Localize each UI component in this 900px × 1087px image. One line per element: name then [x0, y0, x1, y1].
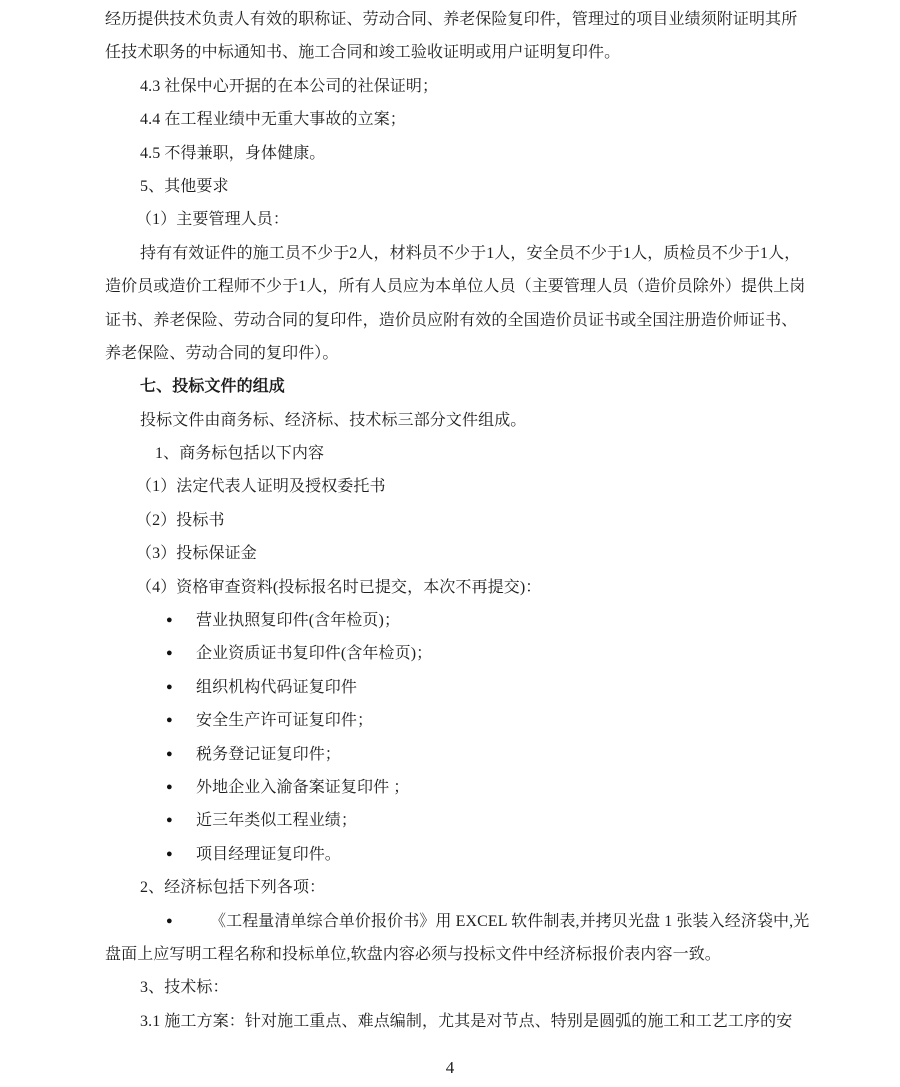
- doc-line: 2、经济标包括下列各项：: [105, 871, 825, 904]
- bullet-icon: ●: [166, 804, 178, 837]
- list-item: ● 《工程量清单综合单价报价书》用 EXCEL 软件制表,并拷贝光盘 1 张装入…: [105, 905, 825, 938]
- doc-line: （1）主要管理人员：: [105, 203, 825, 236]
- doc-line: （4）资格审查资料(投标报名时已提交，本次不再提交)：: [105, 571, 825, 604]
- doc-line: 4.3 社保中心开据的在本公司的社保证明；: [105, 70, 825, 103]
- bullet-icon: ●: [166, 738, 178, 771]
- doc-line: （3）投标保证金: [105, 537, 825, 570]
- list-item: ● 安全生产许可证复印件；: [105, 704, 825, 737]
- doc-line: （1）法定代表人证明及授权委托书: [105, 470, 825, 503]
- page-number: 4: [0, 1056, 900, 1080]
- bullet-icon: ●: [166, 604, 178, 637]
- bullet-icon: ●: [166, 671, 178, 704]
- list-item: ● 组织机构代码证复印件: [105, 671, 825, 704]
- doc-line: 造价员或造价工程师不少于1人，所有人员应为本单位人员（主要管理人员（造价员除外）…: [105, 270, 825, 303]
- doc-line: 盘面上应写明工程名称和投标单位,软盘内容必须与投标文件中经济标报价表内容一致。: [105, 938, 825, 971]
- list-item: ● 税务登记证复印件；: [105, 738, 825, 771]
- doc-line: 持有有效证件的施工员不少于2人，材料员不少于1人，安全员不少于1人，质检员不少于…: [105, 237, 825, 270]
- doc-line: 3、技术标：: [105, 971, 825, 1004]
- list-item: ● 外地企业入渝备案证复印件 ；: [105, 771, 825, 804]
- doc-line: 投标文件由商务标、经济标、技术标三部分文件组成。: [105, 404, 825, 437]
- list-item: ● 近三年类似工程业绩；: [105, 804, 825, 837]
- list-item: ● 营业执照复印件(含年检页)；: [105, 604, 825, 637]
- list-item-text: 项目经理证复印件。: [196, 838, 341, 871]
- bullet-icon: ●: [166, 704, 178, 737]
- bullet-icon: ●: [166, 838, 178, 871]
- document-body: 经历提供技术负责人有效的职称证、劳动合同、养老保险复印件，管理过的项目业绩须附证…: [105, 3, 825, 1038]
- bullet-icon: ●: [166, 771, 178, 804]
- list-item-text: 企业资质证书复印件(含年检页)；: [196, 637, 432, 670]
- doc-line: 1、商务标包括以下内容: [105, 437, 825, 470]
- list-item: ● 企业资质证书复印件(含年检页)；: [105, 637, 825, 670]
- doc-line: 证书、养老保险、劳动合同的复印件，造价员应附有效的全国造价员证书或全国注册造价师…: [105, 304, 825, 337]
- list-item: ● 项目经理证复印件。: [105, 838, 825, 871]
- list-item-text: 组织机构代码证复印件: [196, 671, 357, 704]
- doc-line: 养老保险、劳动合同的复印件）。: [105, 337, 825, 370]
- list-item-text: 安全生产许可证复印件；: [196, 704, 373, 737]
- bullet-icon: ●: [166, 905, 178, 938]
- doc-line: 3.1 施工方案：针对施工重点、难点编制，尤其是对节点、特别是圆弧的施工和工艺工…: [105, 1005, 825, 1038]
- list-item-text: 《工程量清单综合单价报价书》用 EXCEL 软件制表,并拷贝光盘 1 张装入经济…: [210, 905, 809, 938]
- doc-line: 4.4 在工程业绩中无重大事故的立案；: [105, 103, 825, 136]
- doc-line: 5、其他要求: [105, 170, 825, 203]
- list-item-text: 税务登记证复印件；: [196, 738, 341, 771]
- doc-line: 经历提供技术负责人有效的职称证、劳动合同、养老保险复印件，管理过的项目业绩须附证…: [105, 3, 825, 36]
- bullet-icon: ●: [166, 637, 178, 670]
- doc-line: （2）投标书: [105, 504, 825, 537]
- doc-line: 4.5 不得兼职，身体健康。: [105, 137, 825, 170]
- list-item-text: 外地企业入渝备案证复印件 ；: [196, 771, 409, 804]
- section-heading: 七、投标文件的组成: [105, 370, 825, 403]
- list-item-text: 近三年类似工程业绩；: [196, 804, 357, 837]
- list-item-text: 营业执照复印件(含年检页)；: [196, 604, 400, 637]
- doc-line: 任技术职务的中标通知书、施工合同和竣工验收证明或用户证明复印件。: [105, 36, 825, 69]
